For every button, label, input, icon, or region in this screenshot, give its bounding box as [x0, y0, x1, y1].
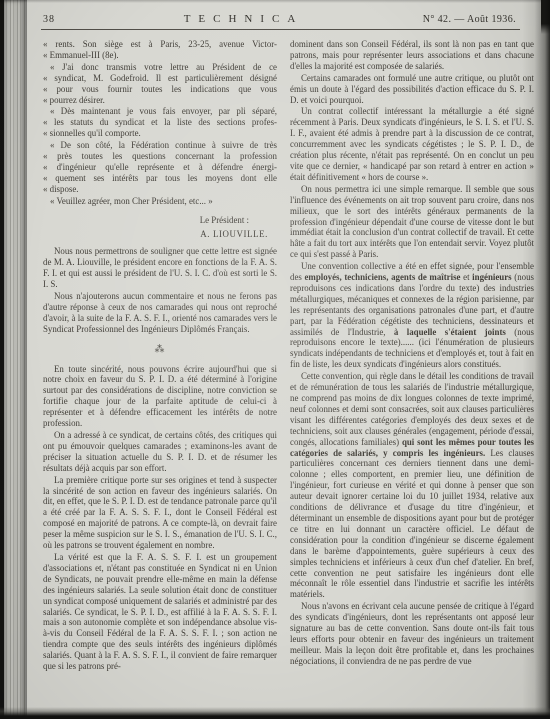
quote-line: « pourrez désirer.	[43, 95, 277, 106]
signature-name: A. LIOUVILLE.	[43, 229, 277, 240]
asterism-divider-icon: ⁂	[43, 345, 277, 356]
paragraph: Nous nous permettrons de souligner que c…	[43, 246, 277, 290]
paragraph: La vérité est que la F. A. S. S. F. I. e…	[43, 552, 277, 672]
quote-line: « quement ses intérêts par tous les moye…	[43, 173, 277, 184]
paragraph: Un contrat collectif intéressant la méta…	[290, 106, 534, 182]
paragraph: On a adressé à ce syndicat, de certains …	[43, 430, 277, 474]
paragraph: Cette convention, qui règle dans le déta…	[290, 371, 534, 600]
paragraph: Nous n'avons en écrivant cela aucune pen…	[290, 601, 534, 666]
quoted-letter-paragraph: « J'ai donc transmis votre lettre au Pré…	[43, 62, 277, 106]
quote-line: « Veuillez agréer, mon Cher Président, e…	[43, 196, 277, 207]
quote-line: « Emmanuel-III (8e).	[43, 50, 277, 61]
page: 38 TECHNICA N° 42. — Août 1936. « rents.…	[27, 0, 550, 719]
page-number: 38	[43, 14, 113, 25]
quote-line: « les statuts du syndicat et la liste de…	[43, 117, 277, 128]
paragraph: La première critique porte sur ses origi…	[43, 475, 277, 551]
paragraph: On nous permettra ici une simple remarqu…	[290, 184, 534, 260]
quote-line: « d'ingénieur qu'elle représente et à dé…	[43, 162, 277, 173]
journal-title: TECHNICA	[113, 13, 366, 25]
paragraph: En toute sincérité, nous pouvons écrire …	[43, 364, 277, 429]
scanned-magazine-page: 38 TECHNICA N° 42. — Août 1936. « rents.…	[0, 0, 550, 719]
quoted-letter-paragraph: « Dès maintenant je vous fais envoyer, p…	[43, 106, 277, 139]
quote-line: « rents. Son siège est à Paris, 23-25, a…	[43, 39, 277, 50]
right-column: dominent dans son Conseil Fédéral, ils s…	[290, 39, 534, 673]
paragraph: Nous n'ajouterons aucun commentaire et n…	[43, 291, 277, 335]
book-page-stack-edge	[4, 0, 27, 719]
quoted-letter-paragraph: « rents. Son siège est à Paris, 23-25, a…	[43, 39, 277, 61]
quote-line: « syndicat, M. Godefroid. Il est particu…	[43, 73, 277, 84]
quoted-letter-paragraph: « De son côté, la Fédération continue à …	[43, 140, 277, 195]
quote-line: « sionnelles qu'il comporte.	[43, 128, 277, 139]
issue-date: N° 42. — Août 1936.	[366, 14, 516, 25]
paragraph: Certains camarades ont formulé une autre…	[290, 73, 534, 106]
text-columns: « rents. Son siège est à Paris, 23-25, a…	[37, 30, 550, 673]
left-column: « rents. Son siège est à Paris, 23-25, a…	[43, 39, 277, 673]
signature-block: Le Président :A. LIOUVILLE.	[43, 215, 277, 240]
quote-line: « pour vous fournir toutes les indicatio…	[43, 84, 277, 95]
page-header: 38 TECHNICA N° 42. — Août 1936.	[37, 9, 550, 25]
signature-role: Le Président :	[43, 215, 277, 226]
quoted-letter-paragraph: « Veuillez agréer, mon Cher Président, e…	[43, 196, 277, 207]
paragraph: dominent dans son Conseil Fédéral, ils s…	[290, 39, 534, 72]
quote-line: « dispose.	[43, 184, 277, 195]
quote-line: « Dès maintenant je vous fais envoyer, p…	[43, 106, 277, 117]
paragraph: Une convention collective a été en effet…	[290, 261, 534, 370]
quote-line: « De son côté, la Fédération continue à …	[43, 140, 277, 151]
quote-line: « près toutes les questions concernant l…	[43, 151, 277, 162]
quote-line: « J'ai donc transmis votre lettre au Pré…	[43, 62, 277, 73]
